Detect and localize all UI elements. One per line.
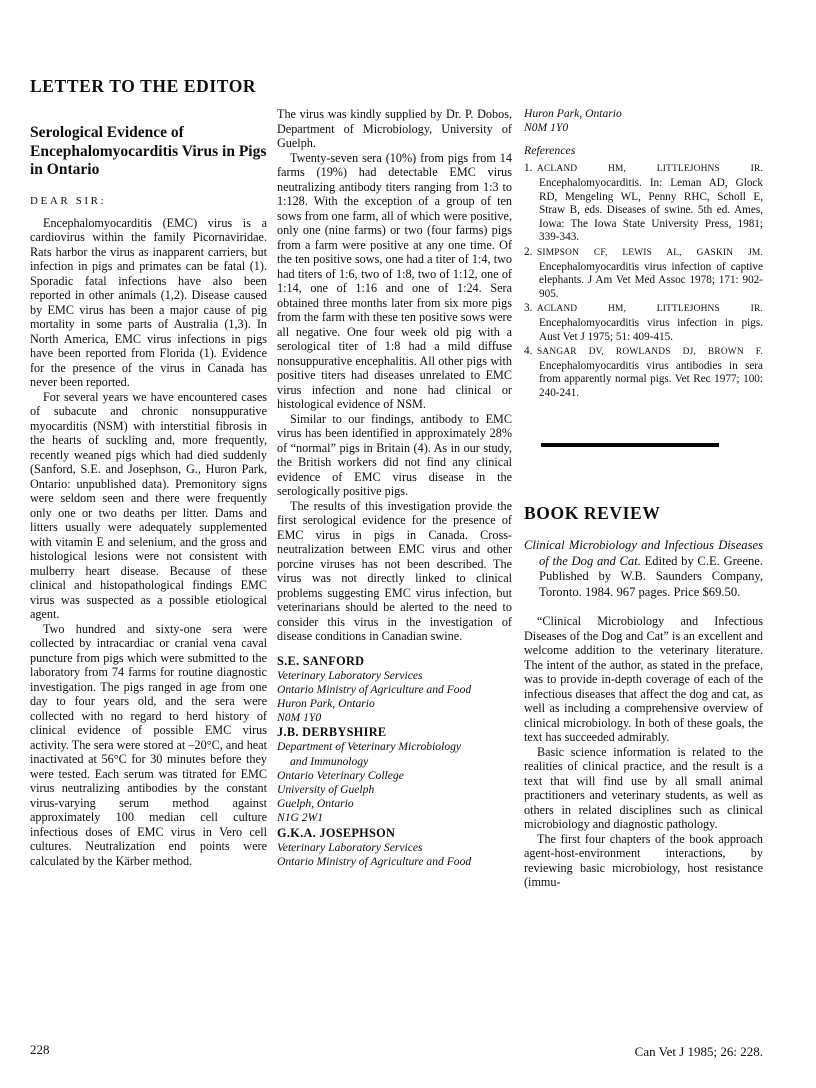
author-name: J.B. DERBYSHIRE [277, 725, 512, 740]
letter-salutation: DEAR SIR: [30, 195, 267, 207]
book-review-section-heading: BOOK REVIEW [524, 503, 763, 524]
journal-page: LETTER TO THE EDITOR Serological Evidenc… [0, 0, 816, 1088]
column-left: LETTER TO THE EDITOR Serological Evidenc… [30, 76, 267, 868]
letter-paragraph: Encephalomyocarditis (EMC) virus is a ca… [30, 216, 267, 390]
author-affiliation: Veterinary Laboratory Services [277, 841, 512, 855]
signature-block: S.E. SANFORD Veterinary Laboratory Servi… [277, 654, 512, 869]
author-affiliation: Department of Veterinary Microbiology [277, 740, 512, 754]
author-affiliation: Ontario Ministry of Agriculture and Food [277, 683, 512, 697]
references-heading: References [524, 143, 763, 158]
book-citation: Clinical Microbiology and Infectious Dis… [524, 538, 763, 600]
address-line: Huron Park, Ontario [524, 107, 763, 121]
reference-authors: SIMPSON CF, LEWIS AL, GASKIN JM. [537, 248, 763, 258]
author-affiliation: and Immunology [277, 755, 512, 769]
reference-text: Encephalomyocarditis virus infection of … [539, 261, 763, 300]
author-affiliation: N0M 1Y0 [277, 711, 512, 725]
reference-text: Encephalomyocarditis virus infection in … [539, 317, 763, 343]
author-name: S.E. SANFORD [277, 654, 512, 669]
letter-paragraph: Similar to our findings, antibody to EMC… [277, 412, 512, 499]
reference-number: 2. [524, 246, 537, 260]
reference-number: 1. [524, 162, 537, 176]
review-paragraph: The first four chapters of the book appr… [524, 832, 763, 890]
letter-paragraph: For several years we have encountered ca… [30, 390, 267, 622]
author-affiliation: Huron Park, Ontario [277, 697, 512, 711]
reference-text: Encephalomyocarditis. In: Leman AD, Gloc… [539, 177, 763, 243]
reference-list: 1.ACLAND HM, LITTLEJOHNS IR. Encephalomy… [524, 162, 763, 400]
letter-paragraph: Two hundred and sixty-one sera were coll… [30, 622, 267, 869]
author-affiliation: University of Guelph [277, 783, 512, 797]
letter-paragraph: The virus was kindly supplied by Dr. P. … [277, 107, 512, 151]
reference-item: 4.SANGAR DV, ROWLANDS DJ, BROWN F. Encep… [524, 345, 763, 400]
reference-number: 4. [524, 345, 537, 359]
author-name: G.K.A. JOSEPHSON [277, 826, 512, 841]
letter-paragraph: Twenty-seven sera (10%) from pigs from 1… [277, 151, 512, 412]
review-paragraph: Basic science information is related to … [524, 745, 763, 832]
reference-authors: ACLAND HM, LITTLEJOHNS IR. [537, 304, 763, 314]
journal-citation-footer: Can Vet J 1985; 26: 228. [635, 1044, 763, 1060]
column-middle: The virus was kindly supplied by Dr. P. … [277, 107, 512, 869]
author-affiliation: N1G 2W1 [277, 811, 512, 825]
reference-text: Encephalomyocarditis virus antibodies in… [539, 360, 763, 399]
author-affiliation: Guelph, Ontario [277, 797, 512, 811]
review-paragraph: “Clinical Microbiology and Infectious Di… [524, 614, 763, 745]
reference-item: 3.ACLAND HM, LITTLEJOHNS IR. Encephalomy… [524, 302, 763, 344]
address-line: N0M 1Y0 [524, 121, 763, 135]
reference-authors: ACLAND HM, LITTLEJOHNS IR. [537, 164, 763, 174]
section-divider-rule [541, 443, 719, 448]
reference-number: 3. [524, 302, 537, 316]
author-affiliation: Veterinary Laboratory Services [277, 669, 512, 683]
column-right: Huron Park, Ontario N0M 1Y0 References 1… [524, 107, 763, 890]
author-affiliation: Ontario Ministry of Agriculture and Food [277, 855, 512, 869]
author-affiliation: Ontario Veterinary College [277, 769, 512, 783]
reference-item: 2.SIMPSON CF, LEWIS AL, GASKIN JM. Encep… [524, 246, 763, 301]
reference-authors: SANGAR DV, ROWLANDS DJ, BROWN F. [537, 347, 763, 357]
letter-title: Serological Evidence of Encephalomyocard… [30, 124, 267, 180]
reference-item: 1.ACLAND HM, LITTLEJOHNS IR. Encephalomy… [524, 162, 763, 245]
letter-paragraph: The results of this investigation provid… [277, 499, 512, 644]
letter-section-heading: LETTER TO THE EDITOR [30, 76, 267, 97]
page-number: 228 [30, 1042, 50, 1058]
